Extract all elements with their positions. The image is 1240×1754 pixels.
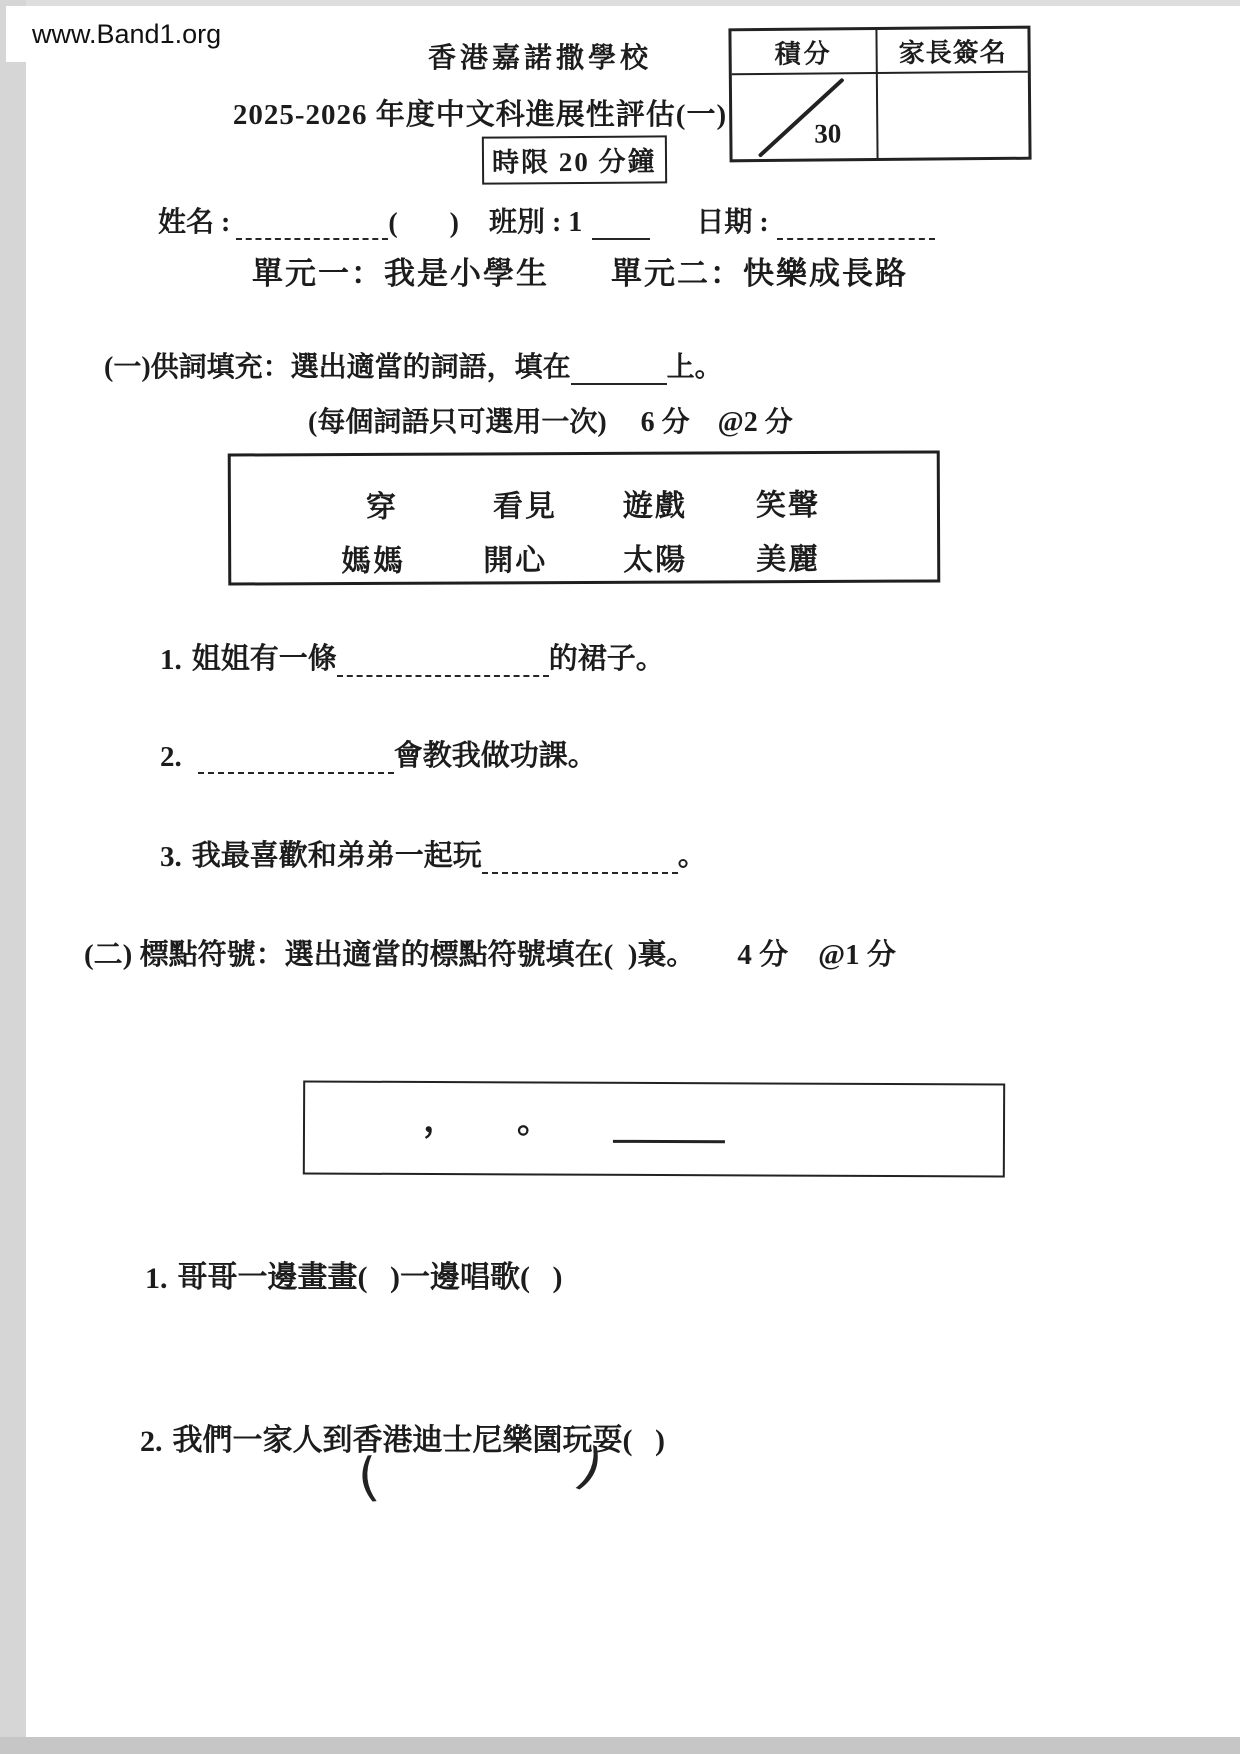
answer-blank: [198, 740, 394, 774]
s1-question-1: 1. 姐姐有一條 的裙子。: [160, 636, 665, 677]
date-label: 日期 :: [696, 200, 768, 240]
score-table-header: 積分 家長簽名: [731, 29, 1027, 76]
scan-edge-bottom: [0, 1737, 1240, 1754]
name-blank: [236, 206, 388, 240]
date-blank: [777, 206, 935, 240]
time-limit-box: 時限 20 分鐘: [482, 135, 667, 184]
answer-blank: [482, 840, 678, 874]
page-title: 2025-2026 年度中文科進展性評估(一): [215, 92, 745, 133]
section1-heading-blank: [571, 351, 667, 385]
class-number-open-paren: (: [388, 208, 397, 240]
score-total: 30: [814, 118, 841, 149]
unit-titles: 單元一：我是小學生 單元二：快樂成長路: [252, 248, 908, 293]
question-text: 哥哥一邊畫畫( )一邊唱歌( ): [178, 1252, 563, 1296]
question-number: 1.: [160, 644, 182, 677]
score-table-body: 30: [732, 73, 1029, 161]
score-cell: 30: [732, 74, 879, 160]
school-name: 香港嘉諾撒學校: [330, 36, 750, 76]
section2-heading: (二) 標點符號：選出適當的標點符號填在( )裏。 4 分 @1 分: [84, 932, 896, 973]
comma-option: ，: [423, 1091, 459, 1142]
question-text: 會教我做功課。: [394, 733, 597, 774]
class-label: 班別 : 1: [489, 200, 582, 240]
question-number: 1.: [145, 1262, 168, 1296]
word-bank-item: 開心: [483, 535, 547, 579]
question-number: 3.: [160, 841, 182, 874]
section1-rule: (每個詞語只可選用一次): [308, 400, 607, 440]
question-text: 的裙子。: [549, 636, 665, 677]
punctuation-options-box: ， 。: [303, 1080, 1005, 1177]
s2-question-1: 1. 哥哥一邊畫畫( )一邊唱歌( ): [145, 1252, 562, 1296]
watermark-text: www.Band1.org: [32, 19, 221, 50]
section1-heading: (一)供詞填充：選出適當的詞語，填在 上。: [104, 345, 723, 385]
word-bank-item: 太陽: [623, 535, 687, 579]
period-option: 。: [517, 1093, 551, 1142]
answer-blank: [337, 643, 549, 677]
word-bank-item: 美麗: [756, 534, 820, 578]
section1-heading-suffix: 上。: [667, 345, 723, 385]
word-bank-item: 媽媽: [341, 536, 405, 580]
section2-marks: 4 分: [737, 932, 788, 973]
unit1-title: 單元一：我是小學生: [252, 248, 549, 293]
question-text: 。: [678, 833, 707, 874]
section2-heading-text: (二) 標點符號：選出適當的標點符號填在( )裏。: [84, 932, 695, 973]
class-number-close-paren: ): [450, 208, 459, 240]
unit2-title: 單元二：快樂成長路: [611, 248, 908, 293]
section2-per-item-marks: @1 分: [818, 932, 896, 973]
parent-signature-column-header: 家長簽名: [877, 29, 1027, 72]
question-text: 我最喜歡和弟弟一起玩: [192, 833, 482, 874]
score-column-header: 積分: [731, 30, 877, 73]
word-bank-item: 遊戲: [623, 481, 687, 525]
word-bank-item: 穿: [366, 482, 398, 526]
word-bank-item: 看見: [493, 481, 557, 525]
word-bank-item: 笑聲: [756, 480, 820, 524]
score-table: 積分 家長簽名 30: [728, 26, 1031, 163]
section1-heading-prefix: (一)供詞填充：選出適當的詞語，填在: [104, 345, 571, 385]
spacer: [549, 248, 611, 293]
info-line: 姓名 : ( ) 班別 : 1 日期 :: [158, 200, 935, 240]
section1-marks: 6 分: [641, 400, 690, 440]
section1-subheading: (每個詞語只可選用一次) 6 分 @2 分: [308, 400, 793, 440]
s1-question-2: 2. 會教我做功課。: [160, 733, 597, 774]
underline-option: [613, 1140, 725, 1143]
question-number: 2.: [160, 741, 182, 774]
question-text: 姐姐有一條: [192, 636, 337, 677]
class-blank: [592, 206, 650, 240]
word-bank-box: 穿 看見 遊戲 笑聲 媽媽 開心 太陽 美麗: [228, 450, 941, 585]
section1-per-item-marks: @2 分: [718, 400, 793, 440]
watermark-chip: www.Band1.org: [6, 6, 234, 62]
s1-question-3: 3. 我最喜歡和弟弟一起玩 。: [160, 833, 707, 874]
scan-edge-left: [0, 0, 26, 1754]
score-slash-icon: [732, 74, 879, 160]
question-number: 2.: [140, 1425, 163, 1459]
name-label: 姓名 :: [158, 200, 230, 240]
